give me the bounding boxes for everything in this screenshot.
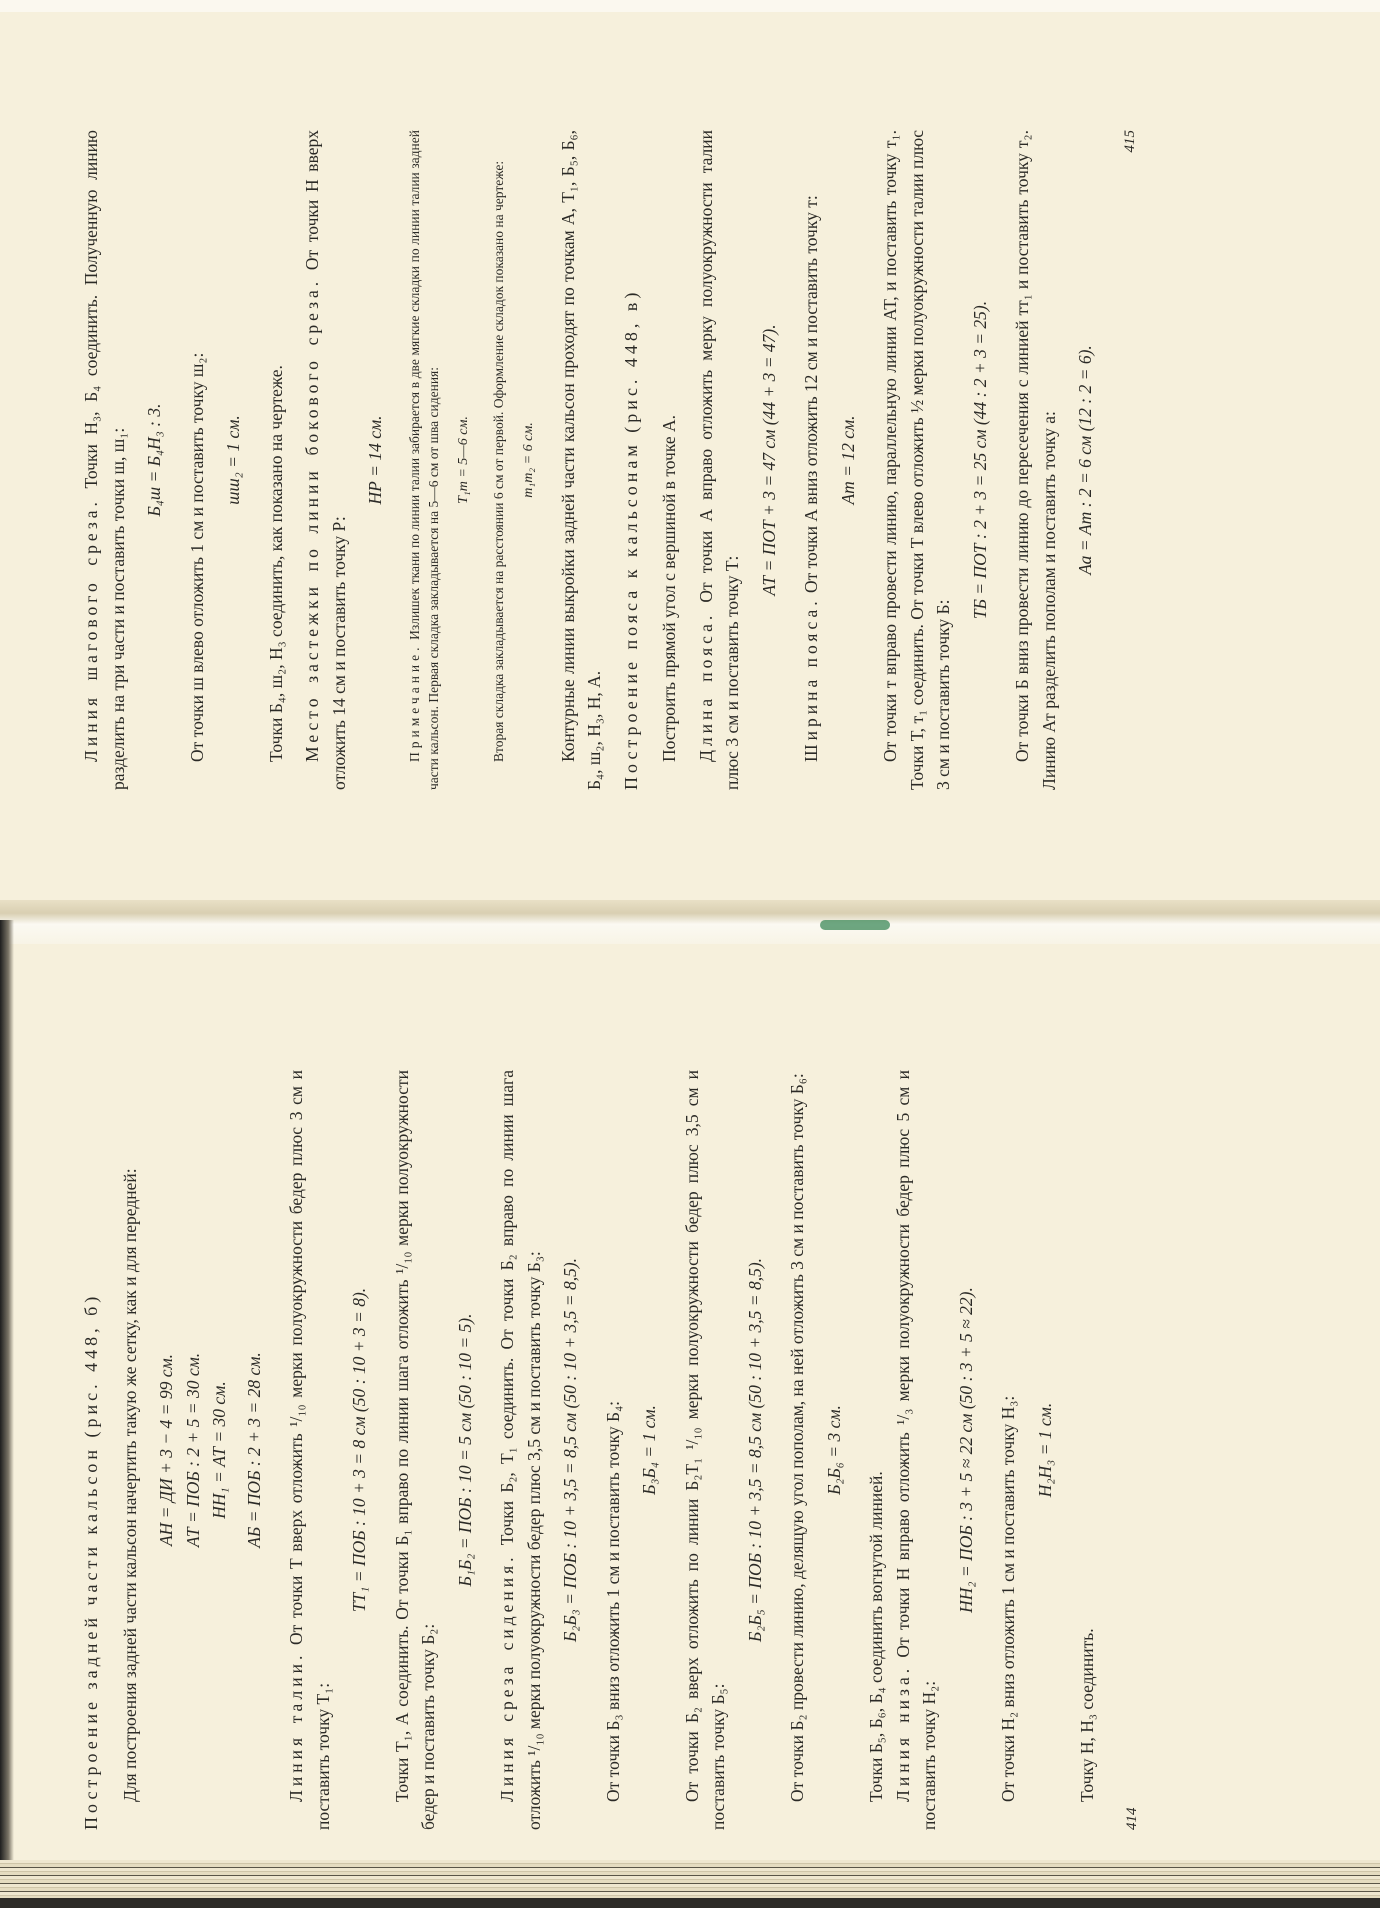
scan-border xyxy=(0,0,1380,12)
formula: т₁т₂ = 6 см. xyxy=(516,130,543,790)
ink-stain xyxy=(820,920,890,930)
run-in-heading: Линия низа. xyxy=(893,1665,913,1802)
formula: АТ = ПОБ : 2 + 5 = 30 см. xyxy=(180,1070,207,1830)
paragraph: Линия среза сидения. Точки Б₂, Т₁ соедин… xyxy=(494,1070,547,1830)
scan-bottom-border xyxy=(0,1898,1380,1908)
formula: Т₁т = 5—6 см. xyxy=(451,130,478,790)
paragraph: Точки Т₁, А соединить. От точки Б₁ вправ… xyxy=(389,1070,442,1830)
paragraph: Линия шагового среза. Точки Н₃, Б₄ соеди… xyxy=(78,130,131,790)
formula: Н₂Н₃ = 1 см. xyxy=(1032,1070,1059,1830)
paragraph: От точки ш влево отложить 1 см и постави… xyxy=(184,130,211,790)
page-number: 414 xyxy=(1119,1070,1146,1830)
formula: НН₂ = ПОБ : 3 + 5 ≈ 22 см (50 : 3 + 5 ≈ … xyxy=(953,1070,980,1830)
formula: АН = ДИ + 3 − 4 = 99 см. xyxy=(153,1070,180,1830)
page-414: Построение задней части кальсон (рис. 44… xyxy=(78,1070,1160,1830)
paragraph: Длина пояса. От точки А вправо отложить … xyxy=(693,130,746,790)
note: Вторая складка закладывается на расстоян… xyxy=(489,130,508,790)
paragraph: От точки т вправо провести линию, паралл… xyxy=(877,130,957,790)
note-label: Примечание. xyxy=(407,643,422,762)
formula: Б₂Б₆ = 3 см. xyxy=(821,1070,848,1830)
scan-shadow xyxy=(0,920,14,1908)
run-in-heading: Ширина пояса. xyxy=(801,597,821,762)
formula: Б₃Б₄ = 1 см. xyxy=(636,1070,663,1830)
formula: Б₁Б₂ = ПОБ : 10 = 5 см (50 : 10 = 5). xyxy=(452,1070,479,1830)
paragraph: Точки Б₄, ш₂, Н₃ соединить, как показано… xyxy=(263,130,290,790)
section-heading: Построение пояса к кальсонам (рис. 448, … xyxy=(618,130,645,790)
page-415: Линия шагового среза. Точки Н₃, Б₄ соеди… xyxy=(78,130,1158,790)
paragraph: От точки Б₃ вниз отложить 1 см и постави… xyxy=(600,1070,627,1830)
section-heading: Построение задней части кальсон (рис. 44… xyxy=(78,1070,105,1830)
formula: НР = 14 см. xyxy=(362,130,389,790)
paragraph: Для построения задней части кальсон наче… xyxy=(117,1070,144,1830)
paragraph: От точки Б₂ провести линию, делящую угол… xyxy=(784,1070,811,1830)
paragraph: Контурные линии выкройки задней части ка… xyxy=(555,130,608,790)
formula: шш₂ = 1 см. xyxy=(220,130,247,790)
formula: АТ = ПОТ + 3 = 47 см (44 + 3 = 47). xyxy=(756,130,783,790)
page-number: 415 xyxy=(1117,130,1144,790)
formula: Б₂Б₅ = ПОБ : 10 + 3,5 = 8,5 см (50 : 10 … xyxy=(742,1070,769,1830)
formula: Аа = Ат : 2 = 6 см (12 : 2 = 6). xyxy=(1072,130,1099,790)
paragraph: Ширина пояса. От точки А вниз отложить 1… xyxy=(798,130,825,790)
run-in-heading: Линия шагового среза. xyxy=(81,498,101,762)
run-in-heading: Место застежки по линии бокового среза. xyxy=(302,278,322,762)
paragraph-text: От точки А вниз отложить 12 см и постави… xyxy=(801,195,821,597)
formula: Б₄ш = Б₄Н₃ : 3. xyxy=(141,130,168,790)
paragraph: Линия талии. От точки Т вверх отложить ¹… xyxy=(283,1070,336,1830)
formula: НН₁ = АТ = 30 см. xyxy=(206,1070,233,1830)
note: Примечание. Излишек ткани по линии талии… xyxy=(405,130,443,790)
paragraph: Точки Б₅, Б₆, Б₄ соединить вогнутой лини… xyxy=(863,1070,890,1830)
paragraph: От точки Н₂ вниз отложить 1 см и постави… xyxy=(995,1070,1022,1830)
paragraph: Построить прямой угол с вершиной в точке… xyxy=(656,130,683,790)
paragraph: От точки Б₂ вверх отложить по линии Б₂Т₁… xyxy=(679,1070,732,1830)
run-in-heading: Линия талии. xyxy=(286,1652,306,1802)
run-in-heading: Длина пояса. xyxy=(696,612,716,762)
formula: Ат = 12 см. xyxy=(835,130,862,790)
formula: ТБ = ПОТ : 2 + 3 = 25 см (44 : 2 + 3 = 2… xyxy=(967,130,994,790)
paragraph: Линия низа. От точки Н вправо отложить ¹… xyxy=(890,1070,943,1830)
formula: АБ = ПОБ : 2 + 3 = 28 см. xyxy=(241,1070,268,1830)
book-gutter xyxy=(0,900,1380,944)
formula: ТТ₁ = ПОБ : 10 + 3 = 8 см (50 : 10 + 3 =… xyxy=(346,1070,373,1830)
paragraph: Точку Н, Н₃ соединить. xyxy=(1074,1070,1101,1830)
formula: Б₂Б₃ = ПОБ : 10 + 3,5 = 8,5 см (50 : 10 … xyxy=(557,1070,584,1830)
paragraph: Место застежки по линии бокового среза. … xyxy=(299,130,352,790)
run-in-heading: Линия среза сидения. xyxy=(497,1553,517,1802)
paragraph: От точки Б вниз провести линию до пересе… xyxy=(1009,130,1062,790)
